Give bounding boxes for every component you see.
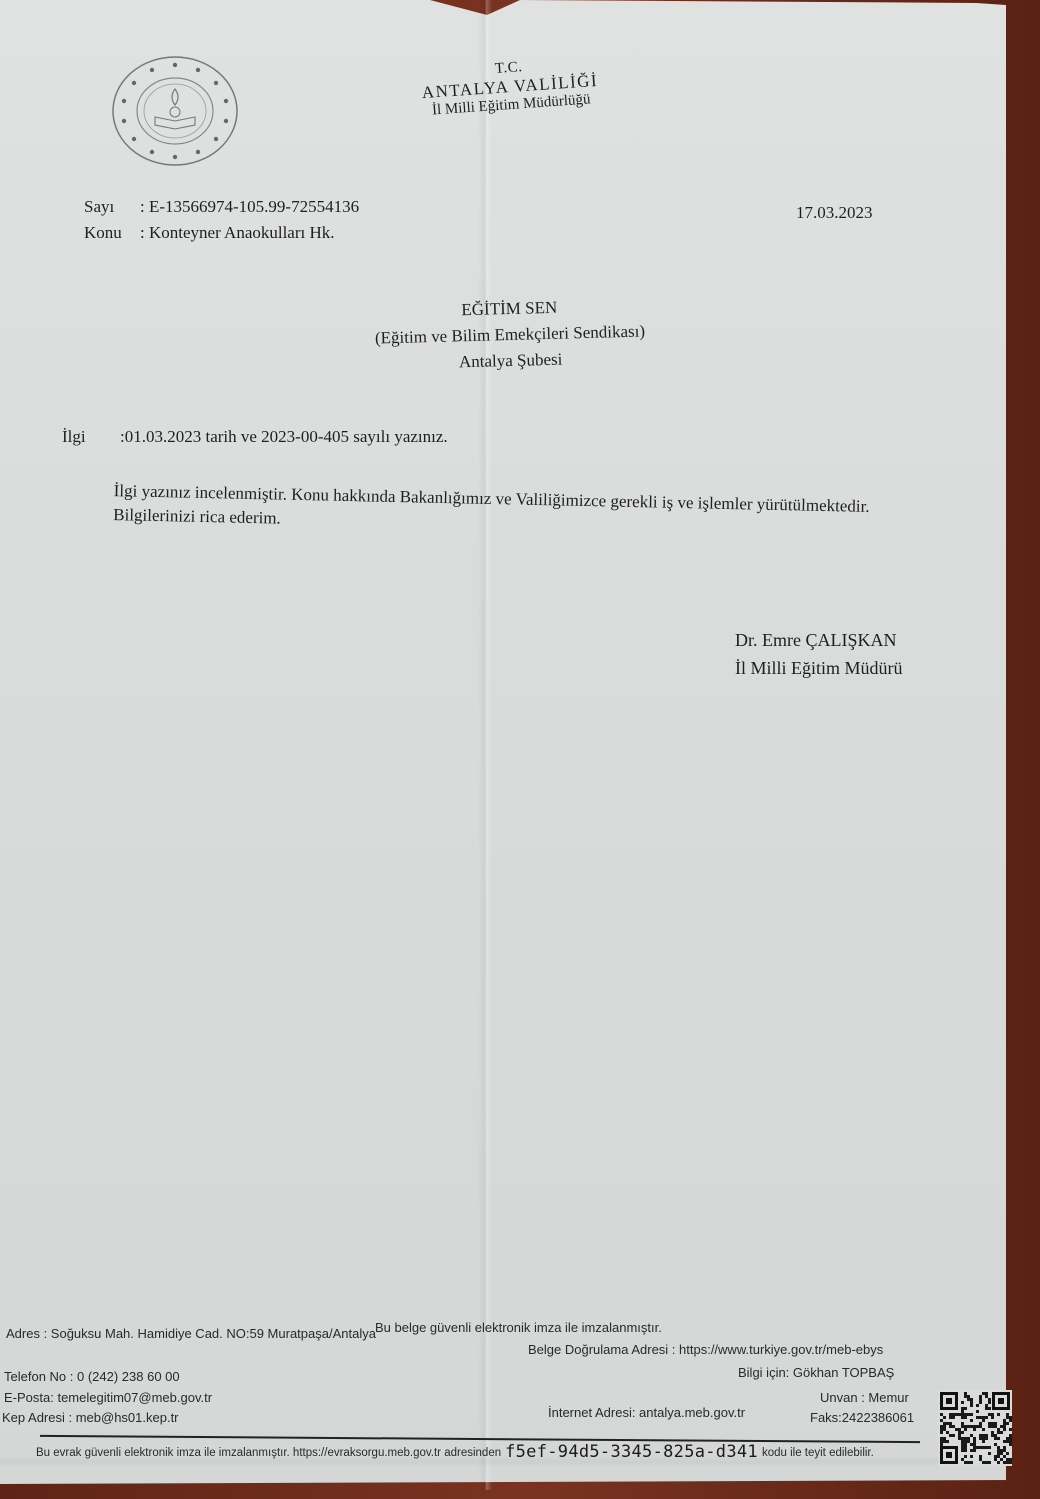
signature-block: Dr. Emre ÇALIŞKAN İl Milli Eğitim Müdürü	[735, 626, 903, 682]
signatory-title: İl Milli Eğitim Müdürü	[735, 654, 903, 682]
meb-seal-icon	[110, 55, 240, 167]
document-number: Sayı: E-13566974-105.99-72554136	[84, 197, 359, 217]
reference-line: İlgi:01.03.2023 tarih ve 2023-00-405 say…	[62, 427, 448, 447]
footer-internet-address: İnternet Adresi: antalya.meb.gov.tr	[548, 1405, 745, 1420]
document-subject: Konu: Konteyner Anaokulları Hk.	[84, 223, 335, 243]
sayi-label: Sayı	[84, 197, 140, 217]
document-date: 17.03.2023	[796, 203, 873, 223]
verification-prefix: Bu evrak güvenli elektronik imza ile imz…	[36, 1447, 501, 1459]
reference-label: İlgi	[62, 427, 120, 447]
footer-title: Unvan : Memur	[820, 1390, 909, 1405]
footer-phone: Telefon No : 0 (242) 238 60 00	[4, 1369, 180, 1384]
konu-label: Konu	[84, 223, 140, 243]
qr-code-icon	[938, 1390, 1012, 1466]
footer-info-contact: Bilgi için: Gökhan TOPBAŞ	[738, 1365, 894, 1380]
footer-kep-address: Kep Adresi : meb@hs01.kep.tr	[2, 1410, 179, 1425]
footer-verification-note: Bu evrak güvenli elektronik imza ile imz…	[36, 1442, 874, 1462]
verification-code: f5ef-94d5-3345-825a-d341	[505, 1442, 758, 1462]
footer-signed-note: Bu belge güvenli elektronik imza ile imz…	[375, 1320, 662, 1335]
footer-address: Adres : Soğuksu Mah. Hamidiye Cad. NO:59…	[6, 1326, 376, 1341]
footer-email: E-Posta: temelegitim07@meb.gov.tr	[4, 1390, 212, 1405]
konu-value: : Konteyner Anaokulları Hk.	[140, 223, 335, 242]
footer-fax: Faks:2422386061	[810, 1410, 914, 1425]
signatory-name: Dr. Emre ÇALIŞKAN	[735, 626, 903, 654]
verification-suffix: kodu ile teyit edilebilir.	[762, 1447, 874, 1459]
paper-fold-vertical	[478, 0, 492, 1490]
sayi-value: : E-13566974-105.99-72554136	[140, 197, 359, 216]
footer-verification-url: Belge Doğrulama Adresi : https://www.tur…	[528, 1342, 883, 1357]
recipient-block: EĞİTİM SEN (Eğitim ve Bilim Emekçileri S…	[339, 292, 681, 379]
reference-value: :01.03.2023 tarih ve 2023-00-405 sayılı …	[120, 427, 448, 446]
